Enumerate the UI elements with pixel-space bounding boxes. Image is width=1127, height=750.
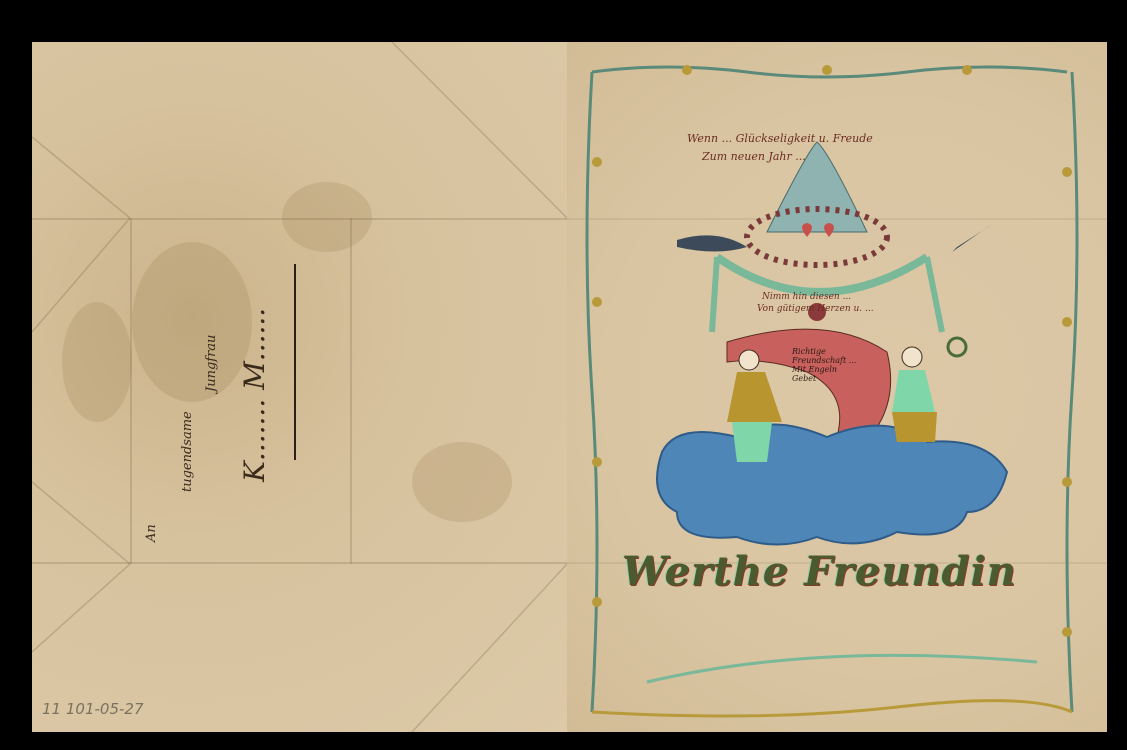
decorative-illustration xyxy=(567,42,1107,732)
address-an: An xyxy=(144,524,159,542)
underline-stroke xyxy=(294,264,296,460)
address-jungfrau: Jungfrau xyxy=(204,335,219,392)
banner-text: Richtige Freundschaft ... Mit Engeln Geb… xyxy=(792,347,862,383)
verse-ribbon-2: Von gütigem Herzen u. ... xyxy=(757,304,874,314)
recipient-name: K....... M...... xyxy=(238,308,271,482)
address-title: tugendsame xyxy=(180,411,195,492)
verse-ribbon-1: Nimm hin diesen ... xyxy=(762,292,851,302)
verse-top-2: Zum neuen Jahr ... xyxy=(702,150,806,163)
greeting-title: Werthe Freundin xyxy=(622,548,1017,595)
letter-greeting-side: Wenn ... Glückseligkeit u. Freude Zum ne… xyxy=(567,42,1107,732)
letter-envelope-side: An tugendsame Jungfrau K....... M...... xyxy=(32,42,567,732)
inventory-number: 11 101-05-27 xyxy=(42,700,143,718)
verse-top-1: Wenn ... Glückseligkeit u. Freude xyxy=(687,132,873,145)
